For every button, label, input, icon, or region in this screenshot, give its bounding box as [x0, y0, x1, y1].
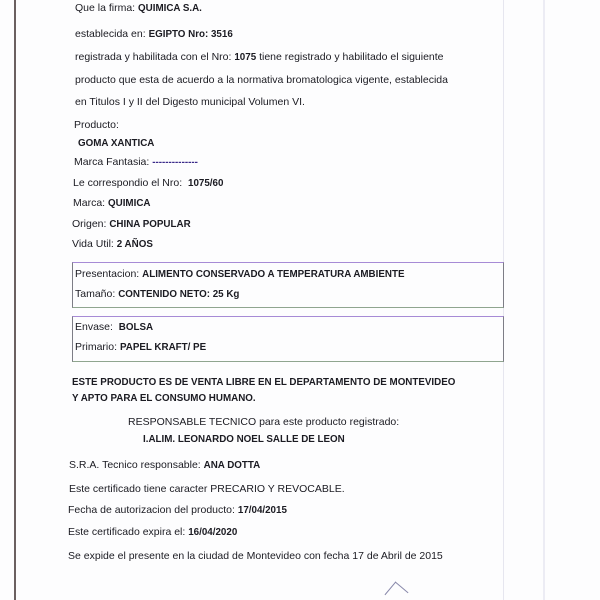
origin-label: Origen: [72, 218, 106, 230]
sra-technician-value: ANA DOTTA [204, 460, 261, 471]
established-line: establecida en: EGIPTO Nro: 3516 [75, 28, 233, 41]
presentation-line: Presentacion: ALIMENTO CONSERVADO A TEMP… [75, 268, 404, 281]
sale-notice-line-1: ESTE PRODUCTO ES DE VENTA LIBRE EN EL DE… [72, 376, 455, 389]
sra-technician-label: S.R.A. Tecnico responsable: [69, 459, 201, 471]
packaging-box: Envase: BOLSA Primario: PAPEL KRAFT/ PE [72, 316, 504, 362]
brand-fantasy-line: Marca Fantasia: -------------- [74, 156, 198, 169]
established-label: establecida en: [75, 28, 146, 40]
container-line: Envase: BOLSA [75, 321, 153, 334]
brand-value: QUIMICA [108, 198, 150, 209]
size-value: CONTENIDO NETO: 25 Kg [118, 289, 239, 300]
established-value: EGIPTO Nro: 3516 [149, 29, 233, 40]
expiry-line: Este certificado expira el: 16/04/2020 [68, 526, 237, 539]
expiry-value: 16/04/2020 [188, 527, 237, 538]
technical-responsible-value: I.ALIM. LEONARDO NOEL SALLE DE LEON [143, 434, 345, 445]
primary-line: Primario: PAPEL KRAFT/ PE [75, 341, 206, 354]
presentation-label: Presentacion: [75, 268, 139, 280]
origin-value: CHINA POPULAR [109, 219, 190, 230]
brand-line: Marca: QUIMICA [73, 197, 150, 210]
shelf-life-value: 2 AÑOS [117, 239, 153, 250]
size-label: Tamaño: [75, 288, 115, 300]
sale-notice-line-2: Y APTO PARA EL CONSUMO HUMANO. [72, 392, 256, 405]
registration-line-1: registrada y habilitada con el Nro: 1075… [75, 51, 444, 64]
registration-prefix: registrada y habilitada con el Nro: [75, 51, 231, 63]
product-value: GOMA XANTICA [78, 137, 154, 150]
size-line: Tamaño: CONTENIDO NETO: 25 Kg [75, 288, 239, 301]
firm-label: Que la firma: [75, 2, 135, 14]
authorization-date-value: 17/04/2015 [238, 505, 287, 516]
origin-line: Origen: CHINA POPULAR [72, 218, 191, 231]
shelf-life-line: Vida Util: 2 AÑOS [72, 238, 153, 251]
presentation-box: Presentacion: ALIMENTO CONSERVADO A TEMP… [72, 262, 504, 308]
shelf-life-label: Vida Util: [72, 238, 114, 250]
primary-label: Primario: [75, 341, 117, 353]
authorization-date-line: Fecha de autorizacion del producto: 17/0… [68, 504, 287, 517]
stamp-mark [385, 582, 409, 600]
registration-line-3: en Titulos I y II del Digesto municipal … [75, 96, 305, 109]
container-label: Envase: [75, 321, 113, 333]
registration-number: 1075 [234, 52, 256, 63]
expiry-label: Este certificado expira el: [68, 526, 185, 538]
firm-value: QUIMICA S.A. [138, 3, 202, 14]
brand-fantasy-label: Marca Fantasia: [74, 156, 149, 168]
issued-line: Se expide el presente en la ciudad de Mo… [68, 550, 443, 563]
assigned-number-label: Le correspondio el Nro: [73, 177, 182, 189]
authorization-date-label: Fecha de autorizacion del producto: [68, 504, 235, 516]
product-label: Producto: [74, 119, 119, 132]
assigned-number-line: Le correspondio el Nro: 1075/60 [73, 177, 223, 190]
product-name: GOMA XANTICA [78, 138, 154, 149]
page-edge-left [14, 0, 16, 600]
brand-fantasy-value: -------------- [152, 157, 198, 168]
certificate-character: Este certificado tiene caracter PRECARIO… [69, 483, 345, 496]
presentation-value: ALIMENTO CONSERVADO A TEMPERATURA AMBIEN… [142, 269, 404, 280]
page-edge-right-outer [543, 0, 545, 600]
registration-line-2: producto que esta de acuerdo a la normat… [75, 74, 448, 87]
container-value: BOLSA [119, 322, 153, 333]
registration-suffix: tiene registrado y habilitado el siguien… [259, 51, 443, 63]
firm-line: Que la firma: QUIMICA S.A. [75, 2, 202, 15]
assigned-number-value: 1075/60 [188, 178, 223, 189]
technical-responsible-name: I.ALIM. LEONARDO NOEL SALLE DE LEON [143, 433, 345, 446]
sra-technician-line: S.R.A. Tecnico responsable: ANA DOTTA [69, 459, 260, 472]
primary-value: PAPEL KRAFT/ PE [120, 342, 206, 353]
technical-responsible-heading: RESPONSABLE TECNICO para este producto r… [128, 416, 399, 429]
brand-label: Marca: [73, 197, 105, 209]
